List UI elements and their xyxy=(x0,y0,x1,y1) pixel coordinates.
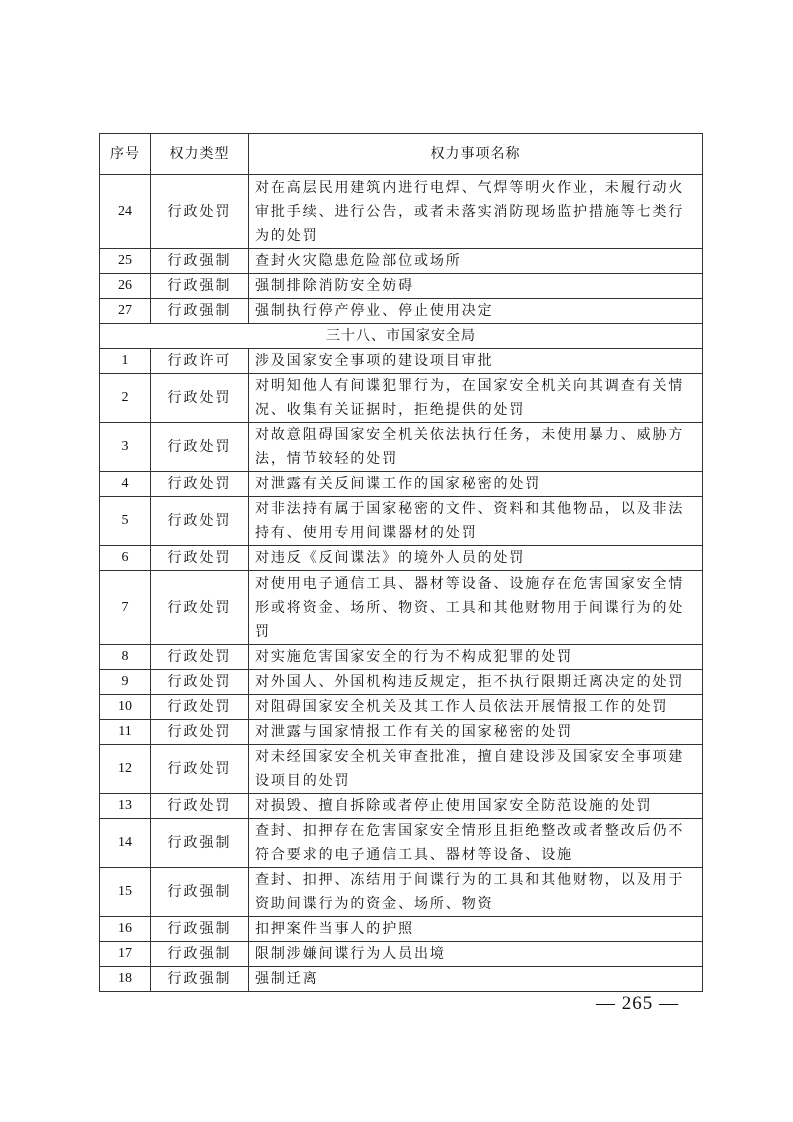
table-row: 12行政处罚对未经国家安全机关审查批准，擅自建设涉及国家安全事项建 设项目的处罚 xyxy=(100,745,703,794)
table-row: 25行政强制查封火灾隐患危险部位或场所 xyxy=(100,249,703,274)
table-row: 27行政强制强制执行停产停业、停止使用决定 xyxy=(100,299,703,324)
header-no: 序号 xyxy=(100,134,151,175)
power-type: 行政许可 xyxy=(151,349,249,374)
power-list-table: 序号 权力类型 权力事项名称 24行政处罚对在高层民用建筑内进行电焊、气焊等明火… xyxy=(99,133,703,992)
power-type: 行政强制 xyxy=(151,868,249,917)
row-number: 15 xyxy=(100,868,151,917)
row-number: 3 xyxy=(100,423,151,472)
table-row: 24行政处罚对在高层民用建筑内进行电焊、气焊等明火作业，未履行动火 审批手续、进… xyxy=(100,175,703,249)
power-type: 行政处罚 xyxy=(151,472,249,497)
row-number: 9 xyxy=(100,670,151,695)
table-row: 3行政处罚对故意阻碍国家安全机关依法执行任务，未使用暴力、威胁方 法，情节较轻的… xyxy=(100,423,703,472)
power-item-name: 对实施危害国家安全的行为不构成犯罪的处罚 xyxy=(249,645,703,670)
power-item-name: 强制迁离 xyxy=(249,967,703,992)
row-number: 18 xyxy=(100,967,151,992)
row-number: 25 xyxy=(100,249,151,274)
power-type: 行政处罚 xyxy=(151,374,249,423)
row-number: 16 xyxy=(100,917,151,942)
table-row: 14行政强制查封、扣押存在危害国家安全情形且拒绝整改或者整改后仍不 符合要求的电… xyxy=(100,819,703,868)
table-row: 7行政处罚对使用电子通信工具、器材等设备、设施存在危害国家安全情 形或将资金、场… xyxy=(100,571,703,645)
row-number: 10 xyxy=(100,695,151,720)
power-type: 行政强制 xyxy=(151,274,249,299)
row-number: 8 xyxy=(100,645,151,670)
power-item-name: 限制涉嫌间谍行为人员出境 xyxy=(249,942,703,967)
table-row: 17行政强制限制涉嫌间谍行为人员出境 xyxy=(100,942,703,967)
power-item-name: 查封、扣押存在危害国家安全情形且拒绝整改或者整改后仍不 符合要求的电子通信工具、… xyxy=(249,819,703,868)
table-row: 2行政处罚对明知他人有间谍犯罪行为，在国家安全机关向其调查有关情 况、收集有关证… xyxy=(100,374,703,423)
power-type: 行政强制 xyxy=(151,967,249,992)
table-row: 9行政处罚对外国人、外国机构违反规定，拒不执行限期迁离决定的处罚 xyxy=(100,670,703,695)
power-type: 行政处罚 xyxy=(151,175,249,249)
table-row: 11行政处罚对泄露与国家情报工作有关的国家秘密的处罚 xyxy=(100,720,703,745)
section-title: 三十八、市国家安全局 xyxy=(100,324,703,349)
row-number: 4 xyxy=(100,472,151,497)
power-item-name: 查封火灾隐患危险部位或场所 xyxy=(249,249,703,274)
power-item-name: 扣押案件当事人的护照 xyxy=(249,917,703,942)
table-row: 15行政强制查封、扣押、冻结用于间谍行为的工具和其他财物，以及用于 资助间谍行为… xyxy=(100,868,703,917)
row-number: 12 xyxy=(100,745,151,794)
power-type: 行政强制 xyxy=(151,819,249,868)
section-header-row: 三十八、市国家安全局 xyxy=(100,324,703,349)
row-number: 14 xyxy=(100,819,151,868)
power-item-name: 对未经国家安全机关审查批准，擅自建设涉及国家安全事项建 设项目的处罚 xyxy=(249,745,703,794)
power-type: 行政处罚 xyxy=(151,497,249,546)
power-type: 行政处罚 xyxy=(151,423,249,472)
page-number: — 265 — xyxy=(596,993,679,1015)
row-number: 17 xyxy=(100,942,151,967)
table-row: 13行政处罚对损毁、擅自拆除或者停止使用国家安全防范设施的处罚 xyxy=(100,794,703,819)
power-type: 行政处罚 xyxy=(151,794,249,819)
power-type: 行政处罚 xyxy=(151,745,249,794)
power-type: 行政强制 xyxy=(151,299,249,324)
row-number: 27 xyxy=(100,299,151,324)
power-type: 行政强制 xyxy=(151,917,249,942)
power-item-name: 对外国人、外国机构违反规定，拒不执行限期迁离决定的处罚 xyxy=(249,670,703,695)
power-type: 行政处罚 xyxy=(151,695,249,720)
table-row: 18行政强制强制迁离 xyxy=(100,967,703,992)
table-row: 5行政处罚对非法持有属于国家秘密的文件、资料和其他物品，以及非法 持有、使用专用… xyxy=(100,497,703,546)
power-item-name: 对明知他人有间谍犯罪行为，在国家安全机关向其调查有关情 况、收集有关证据时，拒绝… xyxy=(249,374,703,423)
row-number: 13 xyxy=(100,794,151,819)
row-number: 1 xyxy=(100,349,151,374)
power-type: 行政强制 xyxy=(151,942,249,967)
power-type: 行政处罚 xyxy=(151,546,249,571)
row-number: 6 xyxy=(100,546,151,571)
table-row: 8行政处罚对实施危害国家安全的行为不构成犯罪的处罚 xyxy=(100,645,703,670)
power-item-name: 对阻碍国家安全机关及其工作人员依法开展情报工作的处罚 xyxy=(249,695,703,720)
power-item-name: 对在高层民用建筑内进行电焊、气焊等明火作业，未履行动火 审批手续、进行公告，或者… xyxy=(249,175,703,249)
table-row: 4行政处罚对泄露有关反间谍工作的国家秘密的处罚 xyxy=(100,472,703,497)
table-header-row: 序号 权力类型 权力事项名称 xyxy=(100,134,703,175)
table-row: 26行政强制强制排除消防安全妨碍 xyxy=(100,274,703,299)
power-item-name: 对泄露与国家情报工作有关的国家秘密的处罚 xyxy=(249,720,703,745)
table-row: 6行政处罚对违反《反间谍法》的境外人员的处罚 xyxy=(100,546,703,571)
power-type: 行政强制 xyxy=(151,249,249,274)
power-item-name: 对泄露有关反间谍工作的国家秘密的处罚 xyxy=(249,472,703,497)
header-type: 权力类型 xyxy=(151,134,249,175)
power-type: 行政处罚 xyxy=(151,720,249,745)
power-type: 行政处罚 xyxy=(151,571,249,645)
power-type: 行政处罚 xyxy=(151,670,249,695)
row-number: 11 xyxy=(100,720,151,745)
power-item-name: 强制执行停产停业、停止使用决定 xyxy=(249,299,703,324)
power-item-name: 对违反《反间谍法》的境外人员的处罚 xyxy=(249,546,703,571)
row-number: 24 xyxy=(100,175,151,249)
table-row: 16行政强制扣押案件当事人的护照 xyxy=(100,917,703,942)
row-number: 5 xyxy=(100,497,151,546)
power-item-name: 强制排除消防安全妨碍 xyxy=(249,274,703,299)
power-item-name: 对损毁、擅自拆除或者停止使用国家安全防范设施的处罚 xyxy=(249,794,703,819)
row-number: 26 xyxy=(100,274,151,299)
power-item-name: 对故意阻碍国家安全机关依法执行任务，未使用暴力、威胁方 法，情节较轻的处罚 xyxy=(249,423,703,472)
row-number: 2 xyxy=(100,374,151,423)
table-row: 1行政许可涉及国家安全事项的建设项目审批 xyxy=(100,349,703,374)
table-body: 序号 权力类型 权力事项名称 24行政处罚对在高层民用建筑内进行电焊、气焊等明火… xyxy=(100,134,703,992)
power-item-name: 对非法持有属于国家秘密的文件、资料和其他物品，以及非法 持有、使用专用间谍器材的… xyxy=(249,497,703,546)
power-item-name: 涉及国家安全事项的建设项目审批 xyxy=(249,349,703,374)
table-row: 10行政处罚对阻碍国家安全机关及其工作人员依法开展情报工作的处罚 xyxy=(100,695,703,720)
power-type: 行政处罚 xyxy=(151,645,249,670)
power-item-name: 对使用电子通信工具、器材等设备、设施存在危害国家安全情 形或将资金、场所、物资、… xyxy=(249,571,703,645)
row-number: 7 xyxy=(100,571,151,645)
power-item-name: 查封、扣押、冻结用于间谍行为的工具和其他财物，以及用于 资助间谍行为的资金、场所… xyxy=(249,868,703,917)
header-name: 权力事项名称 xyxy=(249,134,703,175)
